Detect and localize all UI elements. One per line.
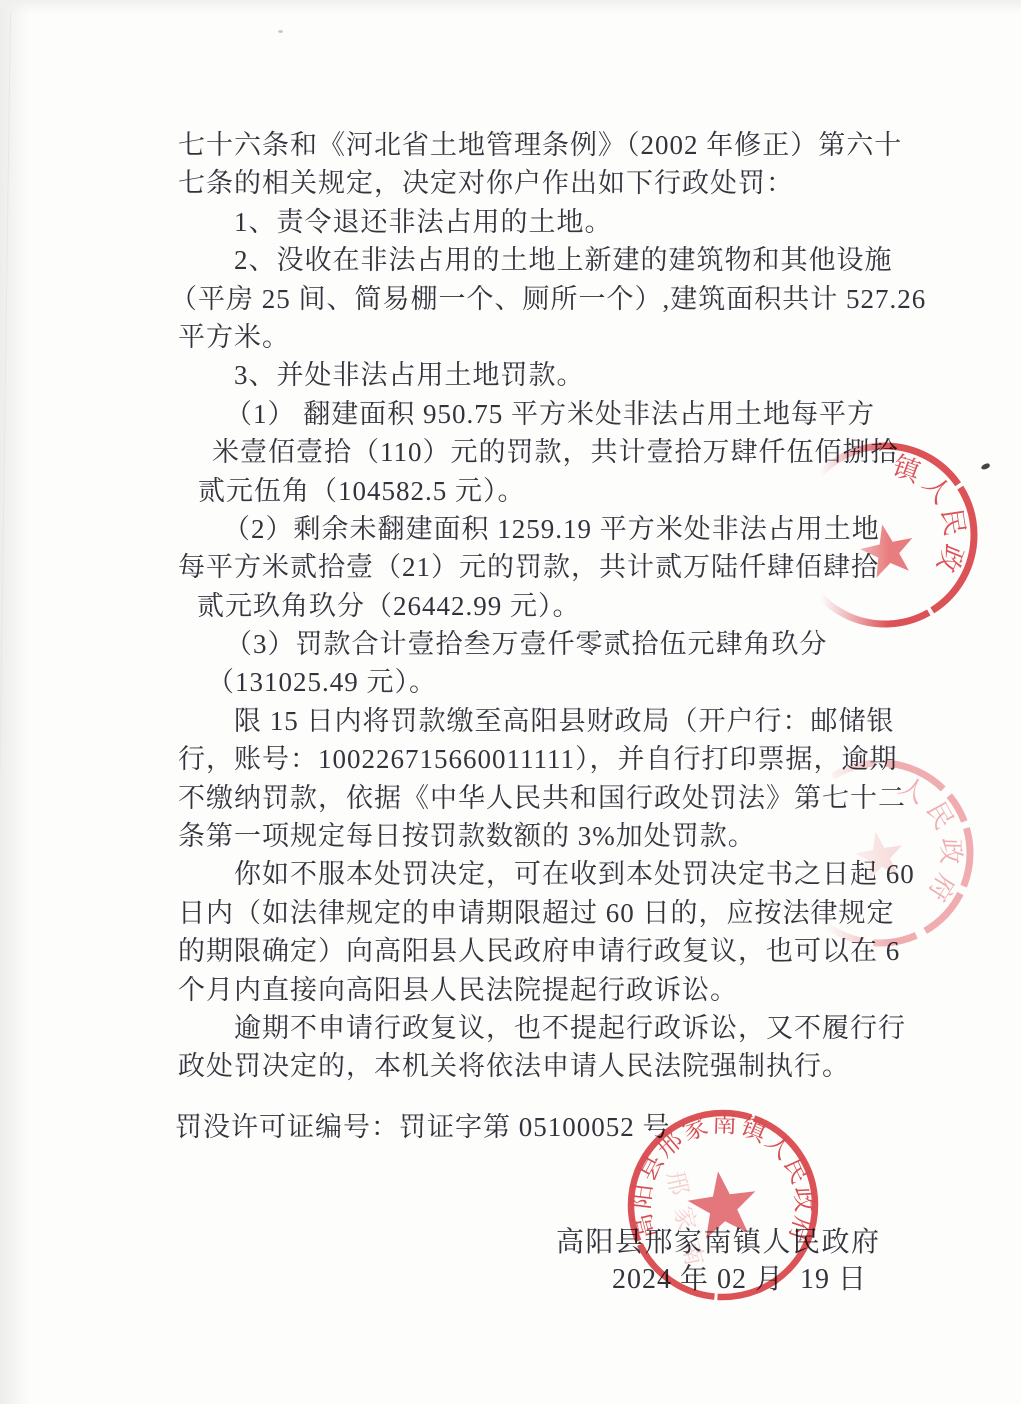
scan-edge-shade-top xyxy=(0,0,1021,14)
seal-overlap-fragment: 邢家南 xyxy=(661,1169,710,1280)
doc-line: 逾期不申请行政复议，也不提起行政诉讼，又不履行行 xyxy=(234,1009,898,1047)
star-icon xyxy=(852,828,907,881)
scan-edge-shade-left xyxy=(0,0,30,1404)
doc-line: 个月内直接向高阳县人民法院提起行政诉讼。 xyxy=(178,971,898,1009)
doc-line: 限 15 日内将罚款缴至高阳县财政局（开户行：邮储银 xyxy=(234,702,898,740)
scanned-document-page: 七十六条和《河北省土地管理条例》（2002 年修正）第六十 七条的相关规定，决定… xyxy=(0,0,1021,1404)
svg-text:人民政府: 人民政府 xyxy=(894,771,965,912)
official-seal-partial-middle-right: 人民政府 xyxy=(780,753,980,953)
seal-arc-text: 镇人民政府 xyxy=(785,435,971,581)
doc-line: （131025.49 元）。 xyxy=(207,663,898,701)
scan-speck xyxy=(278,30,283,33)
svg-text:高阳县邢家南镇人民政府: 高阳县邢家南镇人民政府 xyxy=(628,1110,819,1248)
doc-line: 3、并处非法占用土地罚款。 xyxy=(234,356,898,394)
svg-text:镇人民政府: 镇人民政府 xyxy=(785,435,971,581)
penalty-license-number-line: 罚没许可证编号：罚证字第 05100052 号 xyxy=(175,1105,671,1144)
official-seal-main: 高阳县邢家南镇人民政府 邢家南 xyxy=(621,1103,825,1307)
doc-line: 1、责令退还非法占用的土地。 xyxy=(234,203,898,241)
doc-line: 七条的相关规定，决定对你户作出如下行政处罚： xyxy=(178,164,898,202)
doc-line: 政处罚决定的，本机关将依法申请人民法院强制执行。 xyxy=(178,1047,898,1085)
star-icon xyxy=(856,519,919,580)
doc-line: 2、没收在非法占用的土地上新建的建筑物和其他设施 xyxy=(234,241,898,279)
doc-line: 平方米。 xyxy=(178,318,898,356)
seal-arc-text: 人民政府 xyxy=(894,771,965,912)
seal-arc-text: 高阳县邢家南镇人民政府 xyxy=(628,1110,819,1248)
doc-line: （1） 翻建面积 950.75 平方米处非法占用土地每平方 xyxy=(225,395,898,433)
doc-line: （平房 25 间、简易棚一个、厕所一个）,建筑面积共计 527.26 xyxy=(170,280,898,318)
doc-line: 七十六条和《河北省土地管理条例》（2002 年修正）第六十 xyxy=(178,126,898,164)
official-seal-partial-top-right: 镇人民政府 xyxy=(785,435,985,635)
